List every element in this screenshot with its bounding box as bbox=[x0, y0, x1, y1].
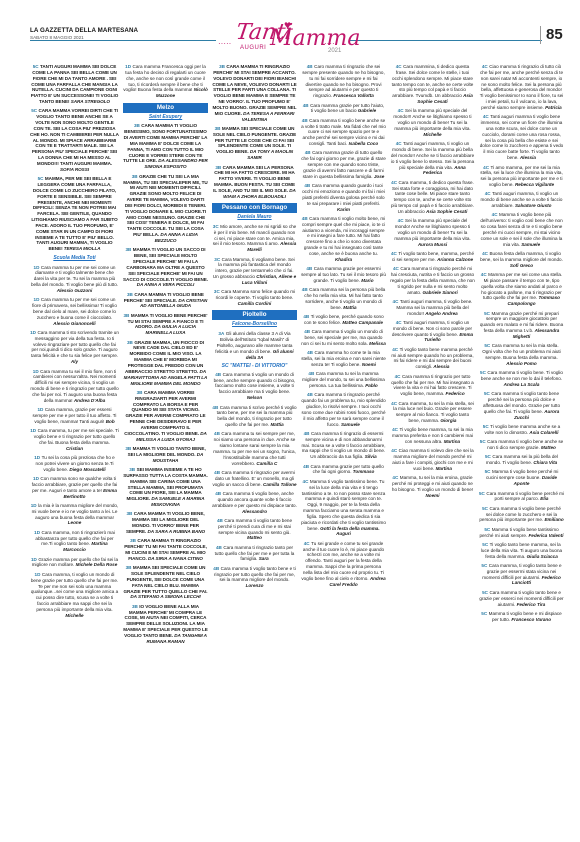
dedication-message: 4BCara mamma grazie per tutto quello che… bbox=[301, 464, 386, 476]
message-signature: DA GIULIA A LUCIA MARINELLA LUXA bbox=[146, 324, 197, 335]
dedication-message: 1DCara mamma tu per me sei come un fiore… bbox=[30, 297, 119, 326]
dedication-message: 4BCara mamma ti voglio tanto bene e ti r… bbox=[212, 566, 297, 589]
class-label: 4C bbox=[398, 218, 404, 223]
class-label: 4B bbox=[216, 545, 222, 550]
page-number: 85 bbox=[546, 26, 563, 43]
logo-word-auguri: AUGURI bbox=[240, 45, 266, 51]
header-rule-left bbox=[30, 40, 216, 41]
class-label: 1D bbox=[37, 407, 43, 412]
dedication-message: 3BCARA MAMMA TI RINGRAZIO PERCHE' MI STA… bbox=[212, 64, 297, 122]
dedication-message: 4BCara mamma tu sei la mamma migliore de… bbox=[301, 371, 386, 389]
message-signature: Karim bbox=[337, 207, 350, 212]
message-signature: Teresa Miolla bbox=[64, 246, 101, 251]
dedication-message: 4CCara mamma, tu sei la mia stella, sei … bbox=[390, 401, 475, 424]
message-text: Cara mamma ti voglio bene. Ti voglio ben… bbox=[481, 370, 563, 381]
dedication-message: 4CTanti auguri mamma, ti voglio bene. Ma… bbox=[390, 299, 475, 317]
dedication-message: 4CTanti auguri mamma, ti voglio un mondo… bbox=[390, 141, 475, 176]
message-signature: Sara Stregolo bbox=[71, 99, 110, 104]
column-2: 1DCara mamma Francesca oggi per la tua f… bbox=[123, 64, 208, 839]
dedication-message: 5CMamma ti voglio bene tantissimo perché… bbox=[479, 527, 564, 539]
class-label: 4B bbox=[306, 266, 312, 271]
class-label: 3B bbox=[125, 446, 131, 451]
dedication-message: 4CTanti auguri mamma, ti voglio un mondo… bbox=[390, 320, 475, 343]
logo-dots-right: ····· bbox=[324, 39, 337, 48]
class-label: 5C bbox=[33, 64, 39, 69]
message-signature: Aly bbox=[71, 359, 78, 364]
message-signature: Alessia bbox=[433, 364, 449, 369]
message-text: la mia è la mamma migliore del mondo, mi… bbox=[32, 503, 119, 520]
class-label: 4B bbox=[308, 371, 314, 376]
dedication-message: 4BCaro mamma ti ringrazio che sei sempre… bbox=[301, 64, 386, 99]
message-text: GRAZIE MAMMA, UN FIOCCO DI NEVE CADE DAL… bbox=[125, 340, 204, 374]
message-signature: Samuele bbox=[521, 242, 540, 247]
message-signature: Gabriele bbox=[358, 108, 376, 113]
class-label: 1D bbox=[31, 503, 37, 508]
class-label: 3B bbox=[127, 292, 133, 297]
class-label: 1D bbox=[30, 330, 36, 335]
message-signature: Michelle bbox=[423, 132, 441, 137]
message-text: Tanti auguri mamma ti voglio bene immens… bbox=[480, 114, 564, 160]
message-signature: Alessia bbox=[520, 155, 536, 160]
town-section-header: Pessano con Bornago bbox=[212, 203, 297, 213]
class-label: 3C bbox=[213, 224, 219, 229]
class-label: 3B bbox=[129, 467, 135, 472]
dedication-message: 4CTanti auguri mamma ti voglio bene imme… bbox=[479, 114, 564, 161]
dedication-message: 4BCara mamma grazie di tutto quello che … bbox=[301, 150, 386, 179]
message-text: Cara mamma ti sto scrivendo tramite un m… bbox=[31, 330, 119, 358]
class-label: 3B bbox=[215, 165, 221, 170]
dedication-message: 3AGli alunni della classe 3 A di Via Bol… bbox=[212, 331, 297, 360]
class-label: 4C bbox=[483, 165, 489, 170]
message-signature: Patricia bbox=[545, 105, 562, 110]
class-label: 4B bbox=[307, 392, 313, 397]
message-text: MAMMA SEI SPECIALE COME UN SOLE SPLENDEN… bbox=[123, 565, 207, 593]
class-label: 1D bbox=[125, 64, 131, 69]
message-signature: Camilla C bbox=[256, 461, 277, 466]
message-text: Cara mamma ti voglio tanto bene perché t… bbox=[218, 518, 292, 535]
dedication-message: 1DTu sei la cosa più preziosa che ho e n… bbox=[30, 455, 119, 473]
message-text: Cara mamma quando guardo i tuoi occhi mi… bbox=[302, 183, 385, 206]
message-signature: Alessio Guzzoni bbox=[57, 288, 92, 293]
class-label: 4B bbox=[302, 118, 308, 123]
dedication-message: 3BCARA MAMMA VORREI RINGRAZIARTI PER AVE… bbox=[123, 390, 208, 443]
message-signature: Francesca Vallotta bbox=[333, 93, 373, 98]
message-signature: Arianna Calzone bbox=[437, 257, 473, 262]
dedication-message: 5CCara mamma ti voglio bene. Ti voglio b… bbox=[479, 370, 564, 388]
dedication-message: 3BMAMMA SEI SPECIALE COME UN SOLE SPLEND… bbox=[123, 565, 208, 600]
class-label: 1D bbox=[34, 297, 40, 302]
dedication-message: 4BCara mamma quando guardo i tuoi occhi … bbox=[301, 183, 386, 212]
message-signature: Leone bbox=[68, 520, 82, 525]
message-text: CARA MAMMA VORREI RINGRAZIARTI PER AVERM… bbox=[124, 390, 205, 436]
message-signature: Andrea D'Alba bbox=[74, 398, 105, 403]
message-text: CARA MAMMA SEI LA PERSONA CHE MI HA FATT… bbox=[213, 165, 295, 193]
class-label: 5C bbox=[481, 563, 487, 568]
message-signature: Samuele bbox=[341, 422, 360, 427]
dedication-message: 1DCara mamma ti sto scrivendo tramite un… bbox=[30, 330, 119, 365]
class-label: 4B bbox=[214, 470, 220, 475]
dedication-message: 3BMAMMA TI VOGLIO UN SACCO DI BENE, SEI … bbox=[123, 247, 208, 288]
class-label: 5C bbox=[485, 454, 491, 459]
class-label: 4C bbox=[391, 251, 397, 256]
class-label: 3A bbox=[218, 331, 224, 336]
dedication-message: 5CMamma ti voglio bene e mi dispiace per… bbox=[479, 611, 564, 623]
dedication-message: 3CMio amore, anche se mi sgridi so che è… bbox=[212, 224, 297, 253]
class-label: 1D bbox=[34, 265, 40, 270]
message-signature: Nelson bbox=[247, 395, 262, 400]
message-text: Cara mamma tu per me sei come un diamant… bbox=[31, 265, 118, 288]
message-text: Ciao mamma ti ringrazio di tutto ciò che… bbox=[480, 64, 564, 110]
message-signature: Asia Sophie Cesati bbox=[426, 209, 467, 214]
class-label: 4B bbox=[215, 491, 221, 496]
class-label: 4C bbox=[396, 141, 402, 146]
message-signature: DA STEFANO A SIMONA LECCHI bbox=[130, 594, 200, 599]
dedication-message: 3BGRAZIE MAMMA, UN FIOCCO DI NEVE CADE D… bbox=[123, 340, 208, 387]
class-label: 4B bbox=[214, 431, 220, 436]
dedication-message: 4CCara mamma ti ringrazio perché mi hai … bbox=[390, 266, 475, 295]
heart-icon: ♥ bbox=[284, 18, 291, 32]
class-label: 4B bbox=[213, 566, 219, 571]
message-text: Sei la mamma più speciale del mondo!!! A… bbox=[393, 108, 471, 131]
class-label: 4C bbox=[481, 272, 487, 277]
dedication-message: 4BCara mamma ti ringrazio perché quando … bbox=[301, 392, 386, 427]
class-label: 4C bbox=[392, 475, 398, 480]
class-label: 5C bbox=[38, 176, 44, 181]
dedication-message: 4CCara mammina, ti dedico questa frase. … bbox=[390, 64, 475, 105]
dedication-message: 4BTi voglio bene, perché quando sono con… bbox=[301, 314, 386, 326]
column-1: 5CTANTI AUGURI MAMMA SEI DOLCE COME LA P… bbox=[30, 64, 119, 839]
column-3: 3BCARA MAMMA TI RINGRAZIO PERCHE' MI STA… bbox=[212, 64, 297, 839]
dedication-message: 5CCara mamma ti voglio bene perché sei d… bbox=[479, 506, 564, 524]
dedication-message: 4BCara mamma ti ringrazio tanto per tutt… bbox=[212, 545, 297, 563]
class-label: 4C bbox=[395, 374, 401, 379]
message-signature: Michelle bbox=[65, 613, 83, 618]
dedication-message: 4BCara mamma ti ringrazio per avermi dat… bbox=[212, 470, 297, 488]
class-label: 3B bbox=[126, 565, 132, 570]
dedication-message: 3BMAMMA TI VOGLIO BENE PERCHE' TU MI STA… bbox=[123, 313, 208, 336]
dedication-message: 3BCARA MAMMA TI VOGLIO BENE, MAMMA SEI L… bbox=[123, 511, 208, 534]
dedication-message: 1DCara mamma tu per me sei come un diama… bbox=[30, 265, 119, 294]
message-text: Sei la mamma più speciale del mondo! Anc… bbox=[394, 218, 470, 241]
message-text: Cara mammina, ti dedico questa frase. Se… bbox=[392, 64, 474, 98]
class-label: 3C bbox=[214, 289, 220, 294]
class-label: 3B bbox=[127, 340, 133, 345]
class-label: 5C bbox=[482, 542, 488, 547]
dedication-message: 1DCara mamma, tu per me sei speciale. Ti… bbox=[30, 428, 119, 451]
message-text: Tu sei grande e come tu sei grande anche… bbox=[301, 541, 384, 581]
message-text: Cara mamma ti voglio molto bene, mi comp… bbox=[302, 216, 385, 256]
message-signature: Angelo Andrea bbox=[425, 311, 458, 316]
article-columns: 5CTANTI AUGURI MAMMA SEI DOLCE COME LA P… bbox=[30, 64, 560, 839]
dedication-message: 4CSei la mamma più speciale del mondo! A… bbox=[390, 218, 475, 247]
message-signature: DA ANNA A VERA PICCOLI bbox=[137, 282, 195, 287]
message-signature: Mattia bbox=[270, 422, 283, 427]
dedication-message: 5CMamma ti voglio bene perché mi cucini … bbox=[479, 469, 564, 487]
message-signature: DA TONY A MAOLIN SAMIR bbox=[247, 149, 293, 160]
dedication-message: 4CBuona festa della mamma, ti voglio ben… bbox=[479, 251, 564, 269]
class-label: 5C bbox=[31, 108, 37, 113]
dedication-message: 5CCara mamma, ti voglio tanto bene e gra… bbox=[479, 563, 564, 586]
class-label: 4C bbox=[396, 64, 402, 69]
message-signature: Chiara Vita bbox=[533, 460, 557, 465]
class-label: 4B bbox=[215, 372, 221, 377]
dedication-message: 1DCara mamma, grazie per essersi sempre … bbox=[30, 407, 119, 425]
dedication-message: 4CMamma ti voglio bene più dell'universo… bbox=[479, 212, 564, 247]
message-text: CARA MAMMA VORREI DIRTI CHE TI VOGLIO TA… bbox=[30, 108, 119, 166]
dedication-message: 1DCara mamma, non ti ringrazierò mai abb… bbox=[30, 530, 119, 553]
class-label: 4C bbox=[396, 320, 402, 325]
message-text: Cara mamma ti voglio tanto bene e ti rin… bbox=[214, 566, 296, 583]
message-signature: Andrea La Scala bbox=[504, 382, 540, 387]
class-label: 5C bbox=[480, 439, 486, 444]
class-label: 4B bbox=[217, 518, 223, 523]
class-label: 4C bbox=[392, 427, 398, 432]
school-name: Daniela Mauro bbox=[212, 215, 297, 221]
class-label: 4B bbox=[304, 183, 310, 188]
message-signature: Noemi bbox=[425, 493, 439, 498]
dedication-message: 4BCara mamma ti voglio un mondo di bene,… bbox=[212, 372, 297, 401]
header-rule-right bbox=[350, 40, 542, 41]
dedication-message: 4BCara mamma tu sei sempre per me, noi s… bbox=[212, 431, 297, 466]
dedication-message: 4CTu sei grande e come tu sei grande anc… bbox=[301, 541, 386, 588]
town-section-header: Melzo bbox=[123, 103, 208, 113]
message-text: Cara mamma, tu per me sei speciale. Ti v… bbox=[34, 428, 119, 445]
school-name: Falcone-Borsellino bbox=[212, 322, 297, 328]
town-section-header: Pioltello bbox=[212, 310, 297, 320]
dedication-message: 3BMAMMA TI VOGLIO TANTO BENE, SEI LA MIG… bbox=[123, 446, 208, 464]
class-label: 4B bbox=[303, 103, 309, 108]
message-text: Cara mamma, tu sei la mia stella, sei la… bbox=[393, 401, 474, 424]
dedication-message: 5CCara mamma ti voglio tanto bene perché… bbox=[479, 391, 564, 420]
message-text: TANTI AUGURI MAMMA SEI DOLCE COME LA PAN… bbox=[31, 64, 119, 104]
dedication-message: 3BIO VOGLIO BENE ALLA MIA MAMMA PERCHE' … bbox=[123, 604, 208, 645]
dedication-message: 3BCARA MAMMA TI VOGLIO BENISSIMO, SONO F… bbox=[123, 123, 208, 170]
message-signature: DA TERESA A FERRARI VALENTINA bbox=[242, 111, 295, 122]
class-label: 1D bbox=[34, 530, 40, 535]
message-signature: Lorenzo bbox=[246, 583, 264, 588]
class-label: 4C bbox=[392, 347, 398, 352]
message-signature: Sara bbox=[259, 556, 269, 561]
dedication-message: 5CCara mamma sei la più bella del mondo.… bbox=[479, 454, 564, 466]
message-signature: Pablo bbox=[365, 383, 378, 388]
dedication-message: 1DCara mamma, ti voglio un mondo di bene… bbox=[30, 572, 119, 619]
class-label: 4B bbox=[304, 329, 310, 334]
dedication-message: 3BSEI MAMMA INSIEME A TE HO SURPASSO TUT… bbox=[123, 467, 208, 508]
column-5: 4CCara mammina, ti dedico questa frase. … bbox=[390, 64, 475, 839]
message-signature: Aurora Mussi bbox=[418, 242, 447, 247]
dedication-message: 1DCon mamma sono se qualche volta ti fac… bbox=[30, 476, 119, 499]
class-label: 1D bbox=[30, 428, 36, 433]
class-label: 3B bbox=[126, 511, 132, 516]
message-signature: Gabriele Sianori bbox=[423, 290, 458, 295]
school-name: Scuola Media Toti bbox=[30, 256, 119, 262]
dedication-message: 4BCara mamma ti voglio bene anche se a v… bbox=[301, 118, 386, 147]
class-label: 4C bbox=[482, 251, 488, 256]
dedication-message: 4CTi voglio tanto bene mamma perché mi a… bbox=[390, 347, 475, 370]
dedication-message: 4BCara mamma ho come te la mia stella, s… bbox=[301, 350, 386, 368]
message-signature: Martina bbox=[444, 439, 460, 444]
message-text: Cara mamma ti voglio bene perché mi port… bbox=[486, 491, 564, 502]
message-signature: Asia Colarelli bbox=[529, 430, 558, 435]
dedication-message: 3BCARA MAMMA SEI LA PERSONA CHE MI HA FA… bbox=[212, 165, 297, 200]
message-signature: Matteo bbox=[247, 535, 262, 540]
class-label: 3B bbox=[125, 247, 131, 252]
class-label: 4C bbox=[304, 541, 310, 546]
dedication-message: 5CTANTI AUGURI MAMMA SEI DOLCE COME LA P… bbox=[30, 64, 119, 105]
dedication-message: 5CCara mamma ti voglio bene anche se non… bbox=[479, 439, 564, 451]
message-signature: Michele Della Rose bbox=[76, 562, 118, 567]
message-text: Cara mamma, ti voglio un mondo di bene g… bbox=[31, 572, 118, 612]
school-name: Saint Exupery bbox=[123, 115, 208, 121]
message-text: Ti voglio bene mamma, tu sei la mia mamm… bbox=[392, 427, 473, 444]
message-signature: Federico Tira bbox=[517, 602, 546, 607]
message-signature: Sofia Rossi bbox=[60, 167, 89, 172]
message-text: Mamma, tu sei la mia eroina, grazie perc… bbox=[392, 475, 473, 492]
message-text: Cara mamma tu sei sempre per me, noi sia… bbox=[213, 431, 296, 465]
message-text: MAMMA TI VOGLIO UN SACCO DI BENE, SEI SP… bbox=[123, 247, 208, 281]
message-text: Cara mamma, grazie per essersi sempre pe… bbox=[33, 407, 117, 424]
message-text: MAMMA TI VOGLIO TANTO BENE, SEI LA MIGLI… bbox=[128, 446, 206, 457]
message-text: Cara mamma ti scrivo perché ti voglio ta… bbox=[217, 405, 297, 428]
class-label: 3B bbox=[130, 538, 136, 543]
class-label: 3B bbox=[132, 604, 138, 609]
dedication-message: 4BCara mamma grazie per essermi sempre a… bbox=[301, 266, 386, 284]
message-text: MAMMA, PER ME SEI BELLA E LEGGERA COME U… bbox=[31, 176, 117, 251]
class-label: 4B bbox=[307, 350, 313, 355]
message-signature: Francesco Varano bbox=[511, 617, 551, 622]
message-signature: Federico bbox=[446, 391, 465, 396]
class-label: 4C bbox=[482, 64, 488, 69]
tanti-auguri-mamma-logo: ····· Tanti AUGURI Mamma ♥ ····· 2021 bbox=[218, 16, 348, 66]
message-text: Cara mamma tu per me sei come un fiore d… bbox=[32, 297, 117, 320]
message-text: Cara mamma ti voglio un mondo di bene, a… bbox=[214, 372, 296, 395]
class-label: 5C bbox=[481, 611, 487, 616]
logo-year: 2021 bbox=[328, 48, 341, 54]
dedication-message: 3BCARA MAMMA TI RINGRAZIO PERCHE' TU MI … bbox=[123, 538, 208, 561]
dedication-message: 4CMamma ti voglio tantissimo bene. Tu se… bbox=[301, 479, 386, 537]
message-signature: Diego Moscatelli bbox=[69, 467, 105, 472]
class-label: 3B bbox=[137, 390, 143, 395]
message-signature: Matteo Campanale bbox=[342, 320, 383, 325]
class-label: 3C bbox=[214, 257, 220, 262]
dedication-message: 4CCiao mamma ti volevo dire che sei la m… bbox=[390, 448, 475, 471]
class-label: 1D bbox=[35, 572, 41, 577]
class-label: 5C bbox=[484, 311, 490, 316]
dedication-message: 4BCara mamma ti voglio tanto bene perché… bbox=[212, 518, 297, 541]
message-signature: Elia bbox=[540, 496, 548, 501]
message-signature: Mario bbox=[361, 278, 373, 283]
message-signature: DA SAMUELE A MARINA MISKOVKINA bbox=[151, 496, 204, 507]
message-text: Cara mamma ti voglio bene, anche quando … bbox=[212, 491, 297, 508]
message-signature: Camilla Cordini bbox=[238, 301, 272, 306]
class-label: 3B bbox=[124, 313, 130, 318]
message-text: Mamma ti voglio tantissimo bene. Tu sei … bbox=[301, 479, 386, 531]
message-signature: Melissa bbox=[369, 341, 386, 346]
message-signature: Federica Valenti bbox=[528, 533, 563, 538]
message-signature: Cristian bbox=[66, 446, 83, 451]
class-label: 5C bbox=[484, 527, 490, 532]
message-signature: DA ANNA A LIDIA BEZZUCO bbox=[155, 232, 198, 243]
message-signature: Salvatore Giusto bbox=[515, 203, 552, 208]
dedication-message: 3BGRAZIE CHE TU SEI LA MIA MAMMA, TU SEI… bbox=[123, 174, 208, 244]
class-label: 5C bbox=[484, 343, 490, 348]
dedication-message: 1Dla mia è la mamma migliore del mondo, … bbox=[30, 503, 119, 526]
page-header: LA GAZZETTA DELLA MARTESANA SABATO 8 MAG… bbox=[30, 0, 560, 62]
dedication-message: 3CCara Mamma sono felice quando mi ricor… bbox=[212, 289, 297, 307]
message-signature: Giulia Sciacca bbox=[527, 554, 558, 559]
dedication-message: 4BCara mamma sei la persona più bella ch… bbox=[301, 287, 386, 310]
message-text: Cara mamma tu sei la mia stella. Ogni vo… bbox=[482, 343, 560, 360]
class-label: 1D bbox=[33, 369, 39, 374]
class-label: 4B bbox=[302, 216, 308, 221]
class-label: 5C bbox=[484, 391, 490, 396]
class-label: 4C bbox=[483, 114, 489, 119]
dedication-message: 4BCara mamma ti voglio bene, anche quand… bbox=[212, 491, 297, 514]
class-label: 3B bbox=[219, 64, 225, 69]
column-6: 4CCiao mamma ti ringrazio di tutto ciò c… bbox=[479, 64, 564, 839]
dedication-message: 4BCara mamma ti voglio molto bene, mi co… bbox=[301, 216, 386, 263]
dedication-message: 4CMamma per me sei come una stella. Mi p… bbox=[479, 272, 564, 307]
dedication-message: 4CTi amo mamma, per me sei la mia stella… bbox=[479, 165, 564, 188]
class-label: 5C bbox=[485, 469, 491, 474]
dedication-message: 5CMAMMA, PER ME SEI BELLA E LEGGERA COME… bbox=[30, 176, 119, 252]
message-signature: Giorgia bbox=[440, 418, 456, 423]
class-label: 1D bbox=[31, 557, 37, 562]
message-signature: Martina bbox=[436, 466, 452, 471]
dedication-message: 4CCiao mamma ti ringrazio di tutto ciò c… bbox=[479, 64, 564, 111]
dedication-message: 4CMamma, tu sei la mia eroina, grazie pe… bbox=[390, 475, 475, 498]
dedication-message: 3CCara Mamma, ti vogliamo bene. Sei la m… bbox=[212, 257, 297, 286]
class-label: 4C bbox=[393, 266, 399, 271]
class-label: 3B bbox=[132, 174, 138, 179]
message-signature: Silvia bbox=[365, 454, 377, 459]
class-label: 1D bbox=[34, 455, 40, 460]
message-signature: Jose bbox=[374, 174, 384, 179]
class-label: 4B bbox=[305, 150, 311, 155]
class-label: 3B bbox=[134, 123, 140, 128]
publication-name: LA GAZZETTA DELLA MARTESANA bbox=[30, 27, 138, 34]
dedication-message: 3BMAMMA SEI SPECIALE COME UN SOLE NEL CI… bbox=[212, 126, 297, 161]
message-signature: Emiliano bbox=[544, 517, 563, 522]
message-signature: Matteo bbox=[541, 445, 556, 450]
message-text: CARA MAMMA TI RINGRAZIO PERCHE' MI STAI … bbox=[212, 64, 296, 116]
message-signature: Noemi bbox=[362, 362, 376, 367]
class-label: 4B bbox=[302, 287, 308, 292]
class-label: 4C bbox=[391, 401, 397, 406]
dedication-message: 5CCara mamma tu sei la mia stella. Ogni … bbox=[479, 343, 564, 366]
dedication-message: 4CSei la mamma più speciale del mondo!!!… bbox=[390, 108, 475, 137]
class-label: 4C bbox=[398, 108, 404, 113]
class-label: 5C bbox=[482, 590, 488, 595]
dedication-message: 4CTanti auguri mamma, ti voglio un mondo… bbox=[479, 191, 564, 209]
dedication-message: 4CTi voglio tanto bene, mamma, perché ci… bbox=[390, 251, 475, 263]
message-signature: Rebecca Vigilante bbox=[515, 182, 554, 187]
message-text: Cara mamma ti ringrazio tanto per tutto … bbox=[215, 545, 295, 562]
class-label: 4B bbox=[212, 405, 218, 410]
message-signature: Gotti la festa della mamma. Auguri bbox=[320, 526, 379, 537]
dedication-message: 5CCara mamma ti voglio tanto bene e graz… bbox=[479, 590, 564, 608]
message-signature: Sofi Greco bbox=[510, 263, 533, 268]
class-label: 5C bbox=[480, 370, 486, 375]
message-signature: Alessandro bbox=[242, 509, 267, 514]
class-label: 4C bbox=[391, 448, 397, 453]
message-signature: Camilla Tallone bbox=[263, 482, 297, 487]
class-label: 4C bbox=[485, 191, 491, 196]
class-label: 4B bbox=[303, 314, 309, 319]
dedication-message: 4BCara mamma grazie per tutto l'aiuto, t… bbox=[301, 103, 386, 115]
class-label: 4C bbox=[393, 299, 399, 304]
message-signature: Tommaso bbox=[353, 469, 375, 474]
